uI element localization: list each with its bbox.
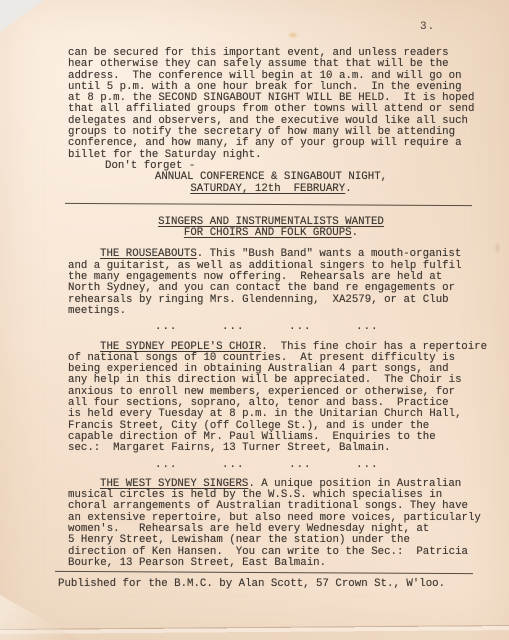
- section-body: . A unique position in Australian musica…: [68, 478, 481, 569]
- dots-separator: ... ... ... ...: [68, 322, 482, 333]
- page-content: can be secured for this important event,…: [68, 48, 482, 590]
- section-rouseabouts: THE ROUSEABOUTS. This "Bush Band" wants …: [68, 249, 482, 317]
- scanned-page: 3. can be secured for this important eve…: [0, 0, 509, 640]
- announcement-date: SATURDAY, 12th FEBRUARY: [190, 183, 345, 195]
- torn-corner-shade: [0, 0, 70, 54]
- section-sydney-peoples-choir: THE SYDNEY PEOPLE'S CHOIR. This fine cho…: [68, 342, 482, 455]
- paper-speck: [496, 243, 499, 253]
- section-heading: SINGERS AND INSTRUMENTALISTS WANTED FOR …: [68, 217, 474, 240]
- scan-background: { "colors": { "paper": "#f6e3d0", "ink":…: [0, 0, 509, 640]
- section-title: THE SYDNEY PEOPLE'S CHOIR: [100, 341, 261, 353]
- announcement-line-2: SATURDAY, 12th FEBRUARY.: [68, 184, 474, 195]
- heading-period: .: [352, 227, 358, 239]
- announcement-period: .: [345, 183, 351, 195]
- section-west-sydney-singers: THE WEST SYDNEY SINGERS. A unique positi…: [68, 479, 482, 569]
- page-number: 3.: [420, 21, 435, 33]
- divider-rule-bottom: [55, 571, 473, 574]
- paper-speck: [289, 33, 297, 37]
- section-title: THE ROUSEABOUTS: [100, 248, 197, 260]
- bottom-fold-crease: [0, 625, 509, 640]
- dots-separator: ... ... ... ...: [68, 460, 482, 471]
- section-title: THE WEST SYDNEY SINGERS: [100, 478, 248, 490]
- publisher-line: Published for the B.M.C. by Alan Scott, …: [58, 579, 482, 590]
- section-body: . This fine choir has a repertoire of na…: [68, 341, 487, 455]
- heading-line-1-text: SINGERS AND INSTRUMENTALISTS WANTED: [158, 216, 384, 228]
- divider-rule-top: [65, 203, 472, 206]
- heading-line-2: FOR CHOIRS AND FOLK GROUPS.: [68, 228, 474, 239]
- intro-paragraph: can be secured for this important event,…: [68, 48, 482, 161]
- heading-line-2-text: FOR CHOIRS AND FOLK GROUPS: [184, 227, 352, 239]
